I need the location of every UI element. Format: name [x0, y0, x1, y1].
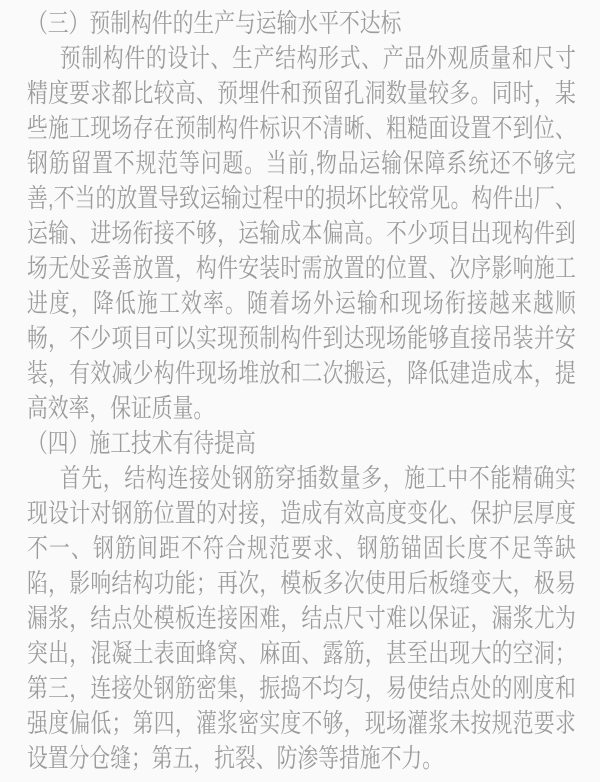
text-column: （三）预制构件的生产与运输水平不达标 预制构件的设计、生产结构形式、产品外观质量…: [27, 6, 576, 776]
section-3-paragraph: 预制构件的设计、生产结构形式、产品外观质量和尺寸精度要求都比较高、预埋件和预留孔…: [27, 41, 576, 426]
document-page: （三）预制构件的生产与运输水平不达标 预制构件的设计、生产结构形式、产品外观质量…: [0, 0, 600, 782]
section-heading-3: （三）预制构件的生产与运输水平不达标: [27, 6, 576, 41]
section-heading-4: （四）施工技术有待提高: [27, 426, 576, 461]
section-4-paragraph: 首先，结构连接处钢筋穿插数量多，施工中不能精确实现设计对钢筋位置的对接，造成有效…: [27, 461, 576, 776]
